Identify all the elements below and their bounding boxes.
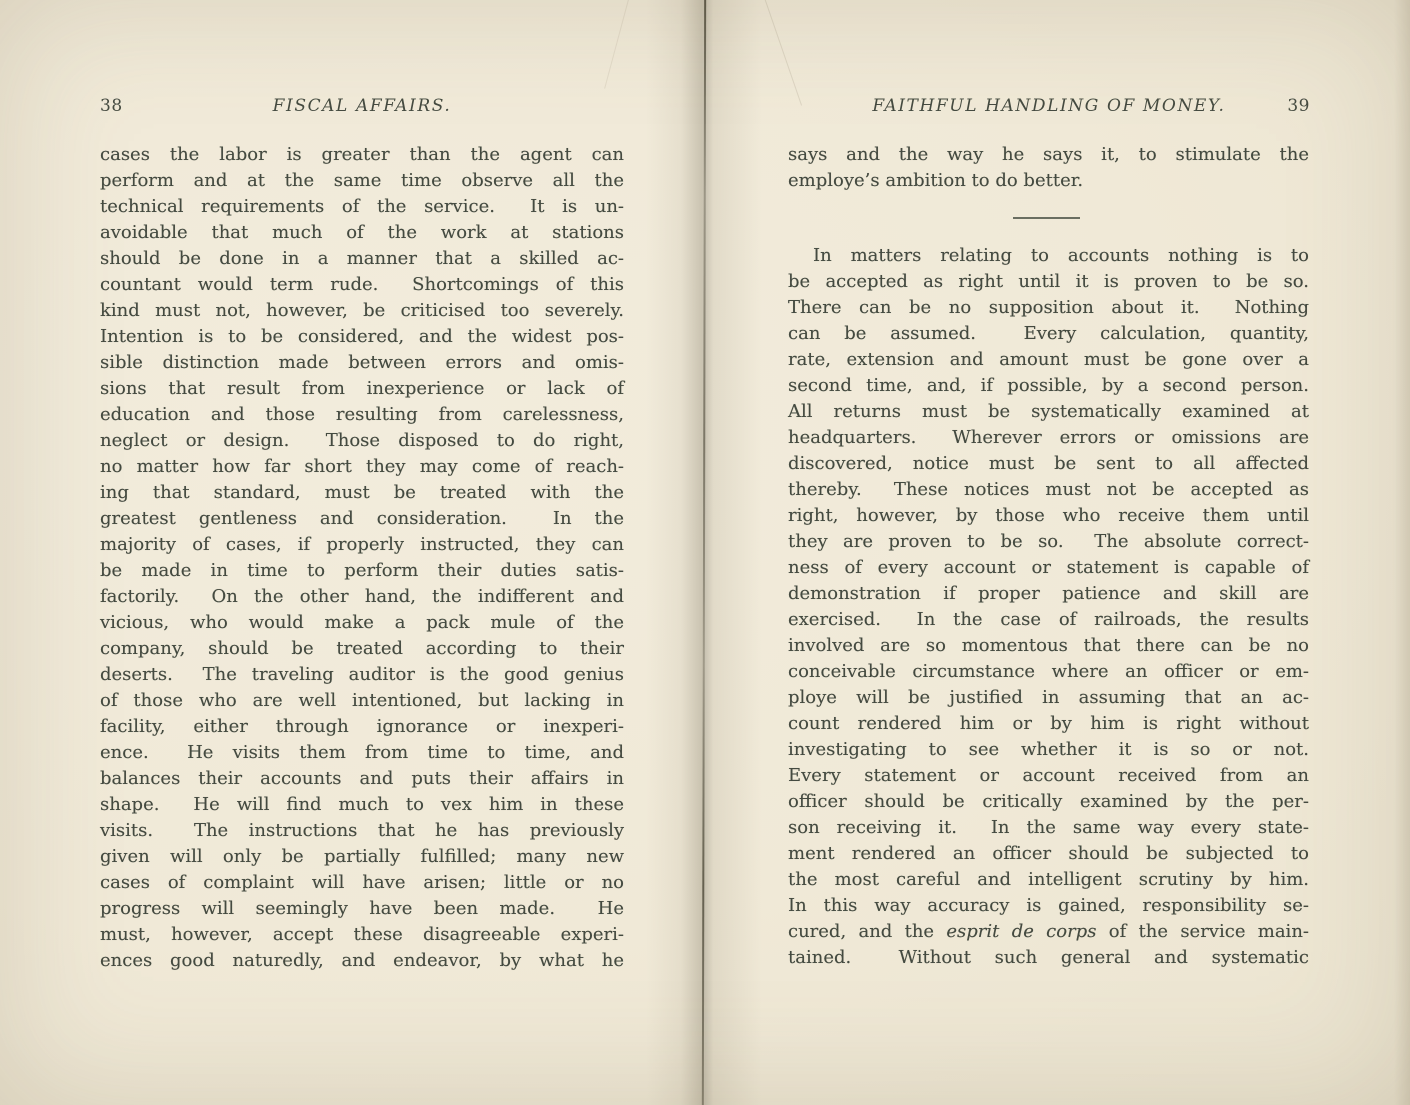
text-line: thereby. These notices must not be accep… bbox=[788, 477, 1309, 503]
text-line: of those who are well intentioned, but l… bbox=[100, 688, 624, 714]
text-line: conceivable circumstance where an office… bbox=[788, 659, 1309, 685]
text-line: the most careful and intelligent scrutin… bbox=[788, 867, 1309, 893]
text-line: In this way accuracy is gained, responsi… bbox=[788, 893, 1309, 919]
page-number-right: 39 bbox=[1264, 96, 1310, 116]
italic-text-segment: esprit de corps bbox=[946, 921, 1096, 942]
text-line: ment rendered an officer should be subje… bbox=[788, 841, 1309, 867]
text-line: progress will seemingly have been made. … bbox=[100, 896, 624, 922]
text-line: countant would term rude. Shortcomings o… bbox=[100, 272, 624, 298]
text-line: cured, and the esprit de corps of the se… bbox=[788, 919, 1309, 945]
text-line: majority of cases, if properly instructe… bbox=[100, 532, 624, 558]
text-line: employe’s ambition to do better. bbox=[788, 168, 1309, 194]
text-line: tained. Without such general and systema… bbox=[788, 945, 1309, 971]
text-line: All returns must be systematically exami… bbox=[788, 399, 1309, 425]
text-line: officer should be critically examined by… bbox=[788, 789, 1309, 815]
text-line: says and the way he says it, to stimulat… bbox=[788, 142, 1309, 168]
page-edge-shading bbox=[1394, 0, 1410, 1105]
text-line: deserts. The traveling auditor is the go… bbox=[100, 662, 624, 688]
text-line: kind must not, however, be criticised to… bbox=[100, 298, 624, 324]
text-line: son receiving it. In the same way every … bbox=[788, 815, 1309, 841]
section-divider-rule bbox=[1013, 217, 1080, 219]
text-line: shape. He will find much to vex him in t… bbox=[100, 792, 624, 818]
text-line: exercised. In the case of railroads, the… bbox=[788, 607, 1309, 633]
book-scan-spread: 38 FISCAL AFFAIRS. cases the labor is gr… bbox=[0, 0, 1410, 1105]
text-line: cases the labor is greater than the agen… bbox=[100, 142, 624, 168]
text-line: Intention is to be considered, and the w… bbox=[100, 324, 624, 350]
text-line: facility, either through ignorance or in… bbox=[100, 714, 624, 740]
right-running-head: FAITHFUL HANDLING OF MONEY. 39 bbox=[788, 96, 1310, 116]
top-fold-crease-right bbox=[762, 0, 802, 106]
text-line: technical requirements of the service. I… bbox=[100, 194, 624, 220]
text-line: education and those resulting from carel… bbox=[100, 402, 624, 428]
text-line: investigating to see whether it is so or… bbox=[788, 737, 1309, 763]
text-line: must, however, accept these disagreeable… bbox=[100, 922, 624, 948]
text-line: balances their accounts and puts their a… bbox=[100, 766, 624, 792]
text-line: ences good naturedly, and endeavor, by w… bbox=[100, 948, 624, 974]
text-line: perform and at the same time observe all… bbox=[100, 168, 624, 194]
text-line: discovered, notice must be sent to all a… bbox=[788, 451, 1309, 477]
text-line: There can be no supposition about it. No… bbox=[788, 295, 1309, 321]
text-line: right, however, by those who receive the… bbox=[788, 503, 1309, 529]
text-line: greatest gentleness and consideration. I… bbox=[100, 506, 624, 532]
text-line: avoidable that much of the work at stati… bbox=[100, 220, 624, 246]
text-line: involved are so momentous that there can… bbox=[788, 633, 1309, 659]
text-line: In matters relating to accounts nothing … bbox=[788, 243, 1309, 269]
text-line: sible distinction made between errors an… bbox=[100, 350, 624, 376]
left-page-text: cases the labor is greater than the agen… bbox=[100, 142, 624, 974]
running-title-left: FISCAL AFFAIRS. bbox=[146, 96, 578, 116]
running-title-right: FAITHFUL HANDLING OF MONEY. bbox=[834, 96, 1264, 116]
text-line: headquarters. Wherever errors or omissio… bbox=[788, 425, 1309, 451]
left-running-head: 38 FISCAL AFFAIRS. bbox=[100, 96, 624, 116]
text-line: count rendered him or by him is right wi… bbox=[788, 711, 1309, 737]
text-line: should be done in a manner that a skille… bbox=[100, 246, 624, 272]
text-line: ploye will be justified in assuming that… bbox=[788, 685, 1309, 711]
text-line: company, should be treated according to … bbox=[100, 636, 624, 662]
text-line: no matter how far short they may come of… bbox=[100, 454, 624, 480]
text-line: visits. The instructions that he has pre… bbox=[100, 818, 624, 844]
text-line: they are proven to be so. The absolute c… bbox=[788, 529, 1309, 555]
text-line: rate, extension and amount must be gone … bbox=[788, 347, 1309, 373]
text-line: be made in time to perform their duties … bbox=[100, 558, 624, 584]
text-line: sions that result from inexperience or l… bbox=[100, 376, 624, 402]
text-line: ence. He visits them from time to time, … bbox=[100, 740, 624, 766]
text-line: can be assumed. Every calculation, quant… bbox=[788, 321, 1309, 347]
text-segment: cured, and the bbox=[788, 921, 946, 942]
text-line: factorily. On the other hand, the indiff… bbox=[100, 584, 624, 610]
text-line: vicious, who would make a pack mule of t… bbox=[100, 610, 624, 636]
text-segment: of the service main- bbox=[1096, 921, 1309, 942]
right-page-paragraph-2: In matters relating to accounts nothing … bbox=[788, 243, 1309, 971]
text-line: second time, and, if possible, by a seco… bbox=[788, 373, 1309, 399]
text-line: ing that standard, must be treated with … bbox=[100, 480, 624, 506]
text-line: cases of complaint will have arisen; lit… bbox=[100, 870, 624, 896]
page-number-left: 38 bbox=[100, 96, 146, 116]
text-line: Every statement or account received from… bbox=[788, 763, 1309, 789]
text-line: neglect or design. Those disposed to do … bbox=[100, 428, 624, 454]
text-line: given will only be partially fulfilled; … bbox=[100, 844, 624, 870]
text-line: demonstration if proper patience and ski… bbox=[788, 581, 1309, 607]
right-page-paragraph-1: says and the way he says it, to stimulat… bbox=[788, 142, 1309, 194]
text-line: be accepted as right until it is proven … bbox=[788, 269, 1309, 295]
top-fold-crease-left bbox=[604, 0, 631, 89]
text-line: ness of every account or statement is ca… bbox=[788, 555, 1309, 581]
